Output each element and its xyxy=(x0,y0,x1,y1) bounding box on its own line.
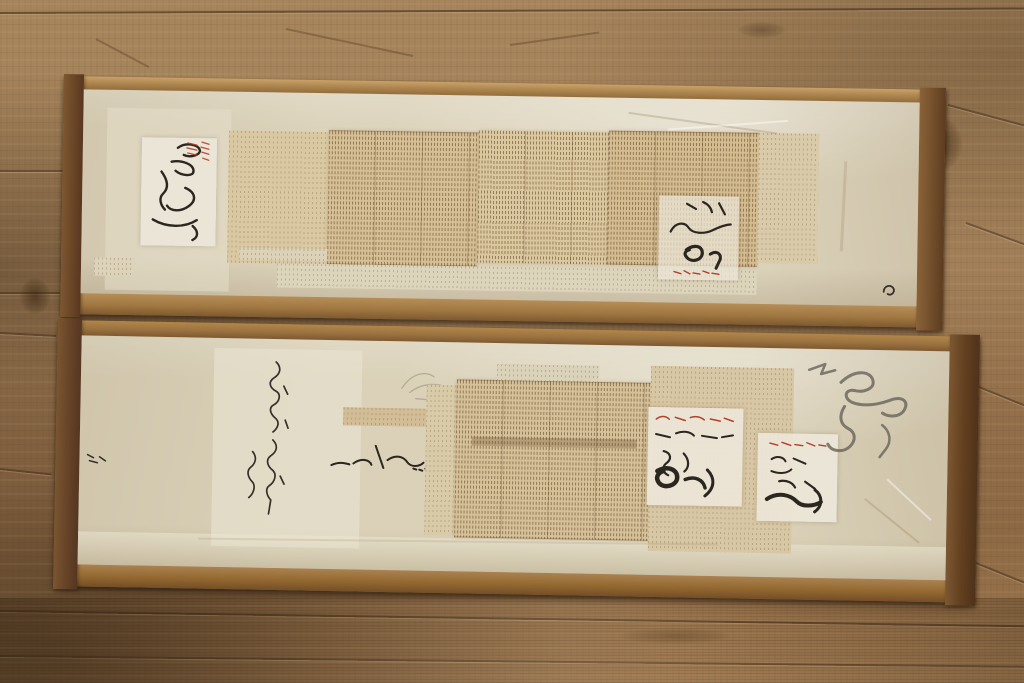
calligraphy-art xyxy=(647,407,744,507)
paper-crease xyxy=(864,498,919,543)
lower-panel-frame xyxy=(53,320,980,603)
newsprint-strip-faint xyxy=(94,257,134,276)
upper-panel-paper xyxy=(81,89,920,306)
calligraphy-art xyxy=(658,195,739,280)
calligraphy-strokes xyxy=(247,362,289,515)
calligraphy-strokes xyxy=(655,431,733,496)
floor-plank-seam xyxy=(0,170,64,172)
newsprint-patch xyxy=(327,130,479,266)
calligraphy-strokes xyxy=(152,144,200,240)
calligraphy-patch-upper-left xyxy=(140,137,217,246)
calligraphy-patch-lower-center xyxy=(647,407,744,507)
newsprint-patch xyxy=(477,131,609,265)
floor-bottom-plank xyxy=(0,598,1024,683)
wood-knot xyxy=(20,278,50,314)
calligraphy-patch-upper-right xyxy=(658,195,739,280)
upper-panel-right-stile xyxy=(916,87,946,330)
red-seal-marks xyxy=(674,271,719,275)
paper-crease xyxy=(840,161,848,251)
wood-knot xyxy=(738,22,786,38)
sketch-strokes xyxy=(808,364,907,458)
calligraphy-strokes xyxy=(670,202,731,269)
newsprint-strip-faint xyxy=(497,364,599,382)
calligraphy-strokes xyxy=(884,286,894,295)
ink-curl-mark xyxy=(881,280,897,298)
newsprint-patch xyxy=(454,379,654,541)
calligraphy-art xyxy=(140,137,217,246)
newsprint-patch xyxy=(424,385,457,536)
photo-scene xyxy=(0,0,1024,683)
newsprint-patch xyxy=(227,131,329,265)
newsprint-patch xyxy=(757,133,819,264)
paper-crease xyxy=(887,478,932,520)
gray-ink-sketch xyxy=(795,354,914,471)
red-annotation xyxy=(656,416,733,421)
lower-panel-paper xyxy=(78,335,950,580)
vertical-calligraphy xyxy=(221,355,304,524)
newsprint-strip-faint xyxy=(239,248,327,261)
upper-panel-frame xyxy=(60,76,946,328)
calligraphy-strokes xyxy=(87,455,105,463)
small-ink-marks xyxy=(83,448,109,468)
lower-panel-right-stile xyxy=(945,334,980,606)
